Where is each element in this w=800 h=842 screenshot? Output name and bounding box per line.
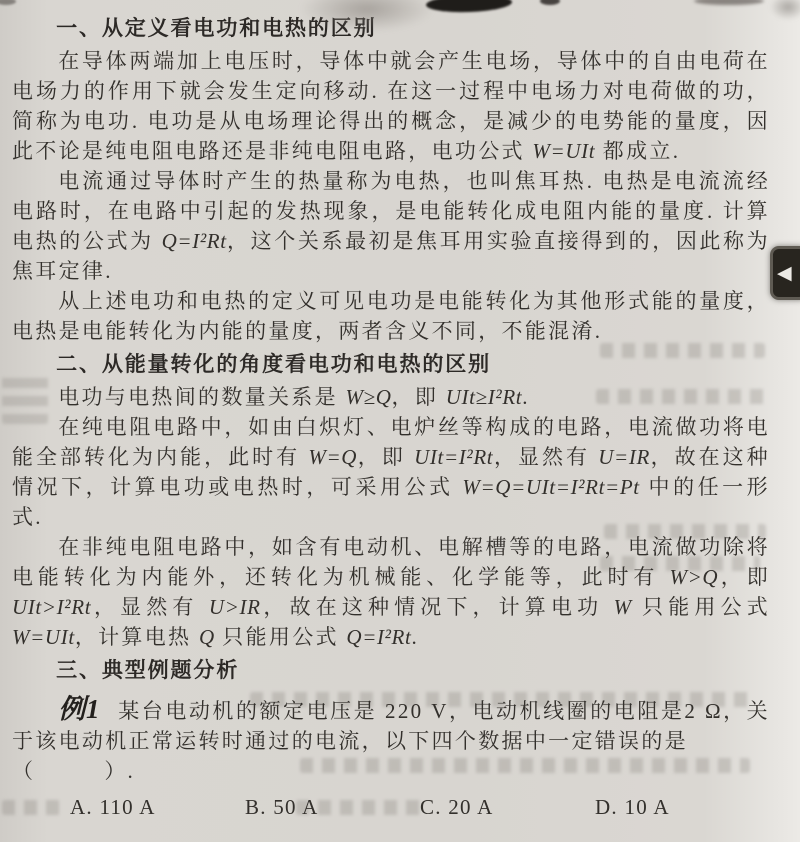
example-1-label: 例1 [58, 694, 100, 724]
option-b: B. 50 A [245, 792, 420, 822]
scan-smudge [300, 0, 434, 32]
back-arrow-icon: ◀ [777, 264, 792, 283]
answer-blank-parentheses: （ ）. [12, 756, 770, 786]
paragraph-quantity-relation: 电功与电热间的数量关系是 W≥Q，即 UIt≥I²Rt. [12, 382, 770, 412]
page-back-button[interactable]: ◀ [770, 246, 800, 300]
option-d: D. 10 A [595, 792, 770, 822]
paragraph-pure-resistance-circuit: 在纯电阻电路中，如由白炽灯、电炉丝等构成的电路，电流做功将电能全部转化为内能，此… [12, 412, 770, 532]
option-c: C. 20 A [420, 792, 595, 822]
section-heading-typical-examples: 三、典型例题分析 [12, 656, 770, 686]
paragraph-joule-heat-definition: 电流通过导体时产生的热量称为电热，也叫焦耳热. 电热是电流流经电路时，在电路中引… [12, 166, 770, 286]
scanned-textbook-page: 一、从定义看电功和电热的区别 在导体两端加上电压时，导体中就会产生电场，导体中的… [0, 0, 800, 842]
page-content: 一、从定义看电功和电热的区别 在导体两端加上电压时，导体中就会产生电场，导体中的… [0, 0, 800, 822]
example-1-question-text: 某台电动机的额定电压是 220 V，电动机线圈的电阻是2 Ω，关于该电动机正常运… [12, 699, 770, 753]
answer-options-row: A. 110 A B. 50 A C. 20 A D. 10 A [12, 792, 770, 822]
section-heading-energy-conversion: 二、从能量转化的角度看电功和电热的区别 [12, 350, 770, 380]
paragraph-difference-summary: 从上述电功和电热的定义可见电功是电能转化为其他形式能的量度，电热是电能转化为内能… [12, 286, 770, 346]
paragraph-non-pure-resistance-circuit: 在非纯电阻电路中，如含有电动机、电解槽等的电路，电流做功除将电能转化为内能外，还… [12, 532, 770, 652]
scan-smudge [770, 0, 800, 20]
example-1-paragraph: 例1某台电动机的额定电压是 220 V，电动机线圈的电阻是2 Ω，关于该电动机正… [12, 694, 770, 756]
paragraph-electric-work-definition: 在导体两端加上电压时，导体中就会产生电场，导体中的自由电荷在电场力的作用下就会发… [12, 46, 770, 166]
option-a: A. 110 A [70, 792, 245, 822]
